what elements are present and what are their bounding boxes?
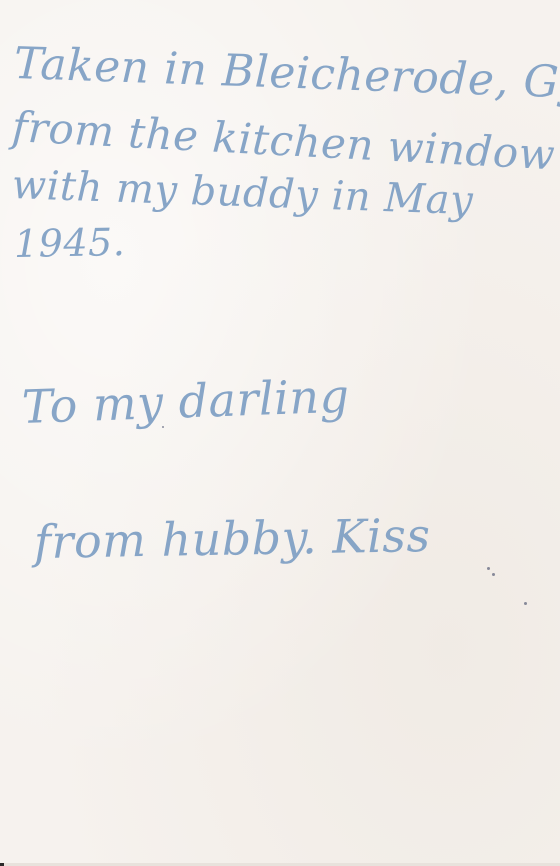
caption-line-1: Taken in Bleicherode, Gy. [13, 38, 560, 109]
photo-back-card: Taken in Bleicherode, Gy. from the kitch… [0, 0, 560, 866]
dedication-line-1: To my darling [21, 369, 350, 434]
ink-speck [487, 567, 490, 570]
ink-speck [162, 426, 164, 428]
ink-speck [524, 602, 527, 605]
dedication-line-2: from hubby. Kiss [34, 508, 431, 569]
caption-line-4: 1945. [14, 220, 126, 266]
ink-speck [492, 573, 495, 576]
